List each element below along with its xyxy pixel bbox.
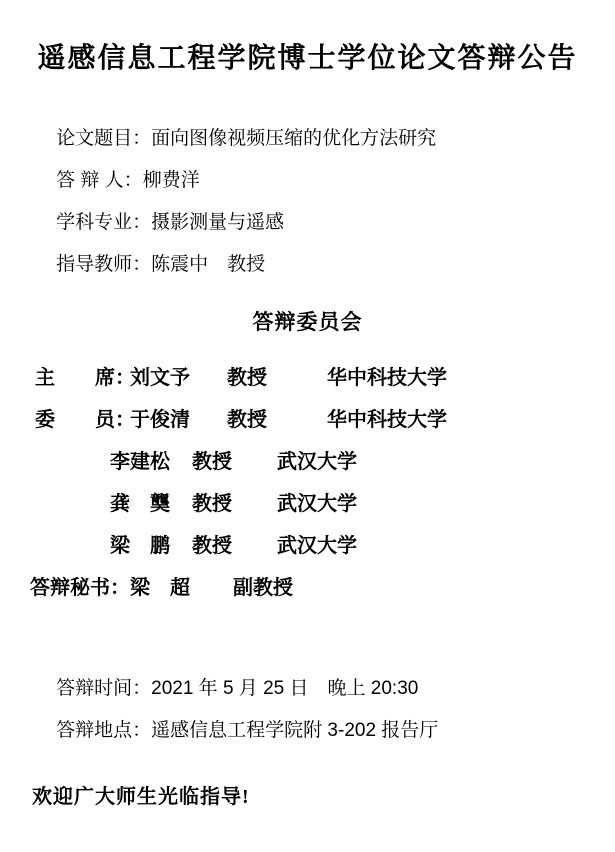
row-name: 李建松 — [110, 445, 170, 474]
row-title: 教授 — [227, 361, 267, 390]
supervisor-label: 指导教师： — [56, 254, 151, 275]
defense-location-label: 答辩地点： — [56, 720, 151, 741]
defense-location-line: 答辩地点：遥感信息工程学院附 3-202 报告厅 — [35, 693, 438, 764]
committee-row-chair: 主 席： 刘文予 教授 华中科技大学 — [30, 361, 590, 387]
row-affiliation: 武汉大学 — [277, 487, 357, 516]
row-title: 教授 — [192, 445, 232, 474]
row-affiliation: 华中科技大学 — [327, 361, 447, 390]
row-role: 主 席： — [35, 361, 135, 390]
secretary-name: 梁 超 — [130, 571, 190, 600]
committee-heading: 答辩委员会 — [0, 306, 615, 336]
info-line-supervisor: 指导教师：陈震中 教授 — [35, 227, 265, 298]
page-title: 遥感信息工程学院博士学位论文答辩公告 — [0, 36, 615, 76]
row-affiliation: 武汉大学 — [277, 445, 357, 474]
supervisor-name: 陈震中 教授 — [151, 254, 265, 275]
committee-row-member: 龚 龑 教授 武汉大学 — [30, 487, 590, 513]
welcome-note: 欢迎广大师生光临指导! — [32, 780, 250, 809]
defense-announcement-page: 遥感信息工程学院博士学位论文答辩公告 论文题目：面向图像视频压缩的优化方法研究 … — [0, 0, 615, 852]
row-name: 刘文予 — [130, 361, 190, 390]
row-name: 梁 鹏 — [110, 529, 170, 558]
row-title: 教授 — [192, 487, 232, 516]
row-title: 教授 — [192, 529, 232, 558]
row-role: 委 员： — [35, 403, 135, 432]
row-affiliation: 华中科技大学 — [327, 403, 447, 432]
row-name: 于俊清 — [130, 403, 190, 432]
row-title: 教授 — [227, 403, 267, 432]
committee-row-member: 李建松 教授 武汉大学 — [30, 445, 590, 471]
secretary-title: 副教授 — [233, 571, 293, 600]
committee-row-secretary: 答辩秘书： 梁 超 副教授 — [30, 571, 590, 597]
row-affiliation: 武汉大学 — [277, 529, 357, 558]
committee-row-member: 梁 鹏 教授 武汉大学 — [30, 529, 590, 555]
secretary-label: 答辩秘书： — [30, 571, 130, 600]
defense-location-value: 遥感信息工程学院附 3-202 报告厅 — [151, 720, 438, 741]
committee-row-member: 委 员： 于俊清 教授 华中科技大学 — [30, 403, 590, 429]
row-name: 龚 龑 — [110, 487, 170, 516]
